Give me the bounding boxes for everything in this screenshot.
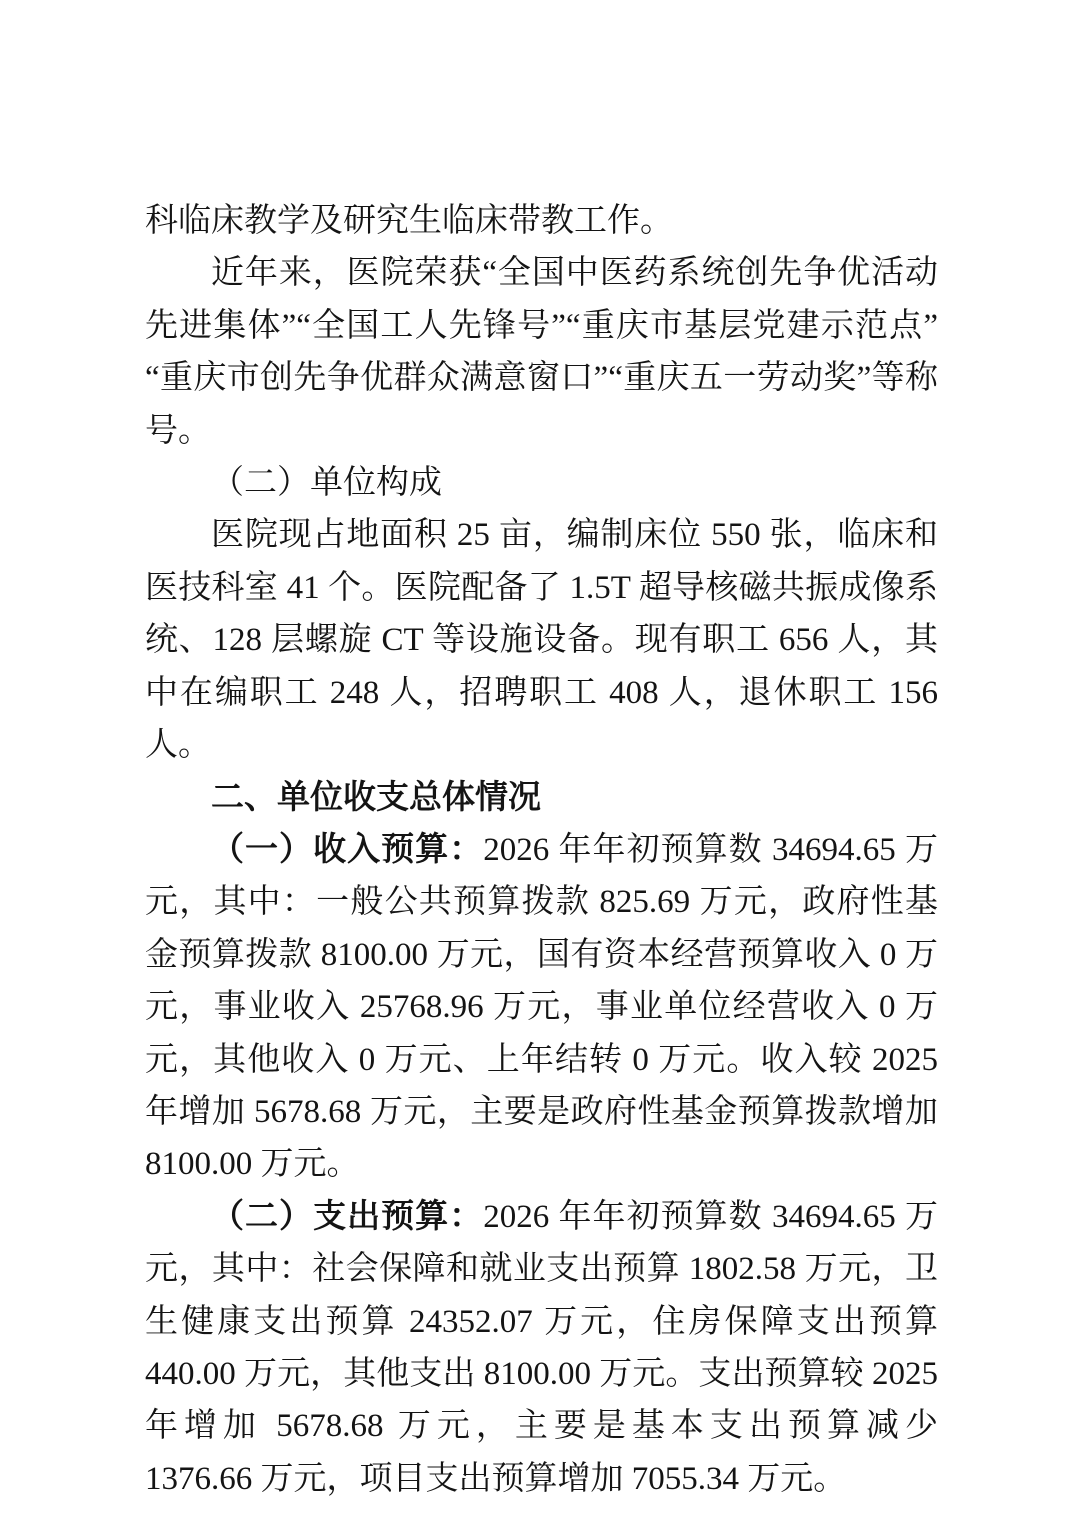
document-body-text: 科临床教学及研究生临床带教工作。 近年来，医院荣获“全国中医药系统创先争优活动先… [145, 195, 938, 1505]
income-budget-lead: （一）收入预算： [211, 832, 483, 868]
paragraph-unit-facts: 医院现占地面积 25 亩，编制床位 550 张，临床和医技科室 41 个。医院配… [145, 509, 938, 771]
paragraph-teaching-continuation: 科临床教学及研究生临床带教工作。 [145, 195, 938, 247]
subheading-unit-composition: （二）单位构成 [145, 457, 938, 509]
expense-budget-text: 2026 年年初预算数 34694.65 万元，其中：社会保障和就业支出预算 1… [145, 1199, 938, 1497]
paragraph-income-budget: （一）收入预算：2026 年年初预算数 34694.65 万元，其中：一般公共预… [145, 824, 938, 1191]
paragraph-honors: 近年来，医院荣获“全国中医药系统创先争优活动先进集体”“全国工人先锋号”“重庆市… [145, 247, 938, 457]
income-budget-text: 2026 年年初预算数 34694.65 万元，其中：一般公共预算拨款 825.… [145, 832, 938, 1182]
expense-budget-lead: （二）支出预算： [211, 1199, 483, 1235]
document-page: { "page": { "background": "#ffffff", "te… [0, 0, 1074, 1520]
page-background: 科临床教学及研究生临床带教工作。 近年来，医院荣获“全国中医药系统创先争优活动先… [0, 0, 1074, 1520]
paragraph-expense-budget: （二）支出预算：2026 年年初预算数 34694.65 万元，其中：社会保障和… [145, 1191, 938, 1505]
heading-income-expense-overview: 二、单位收支总体情况 [145, 771, 938, 823]
